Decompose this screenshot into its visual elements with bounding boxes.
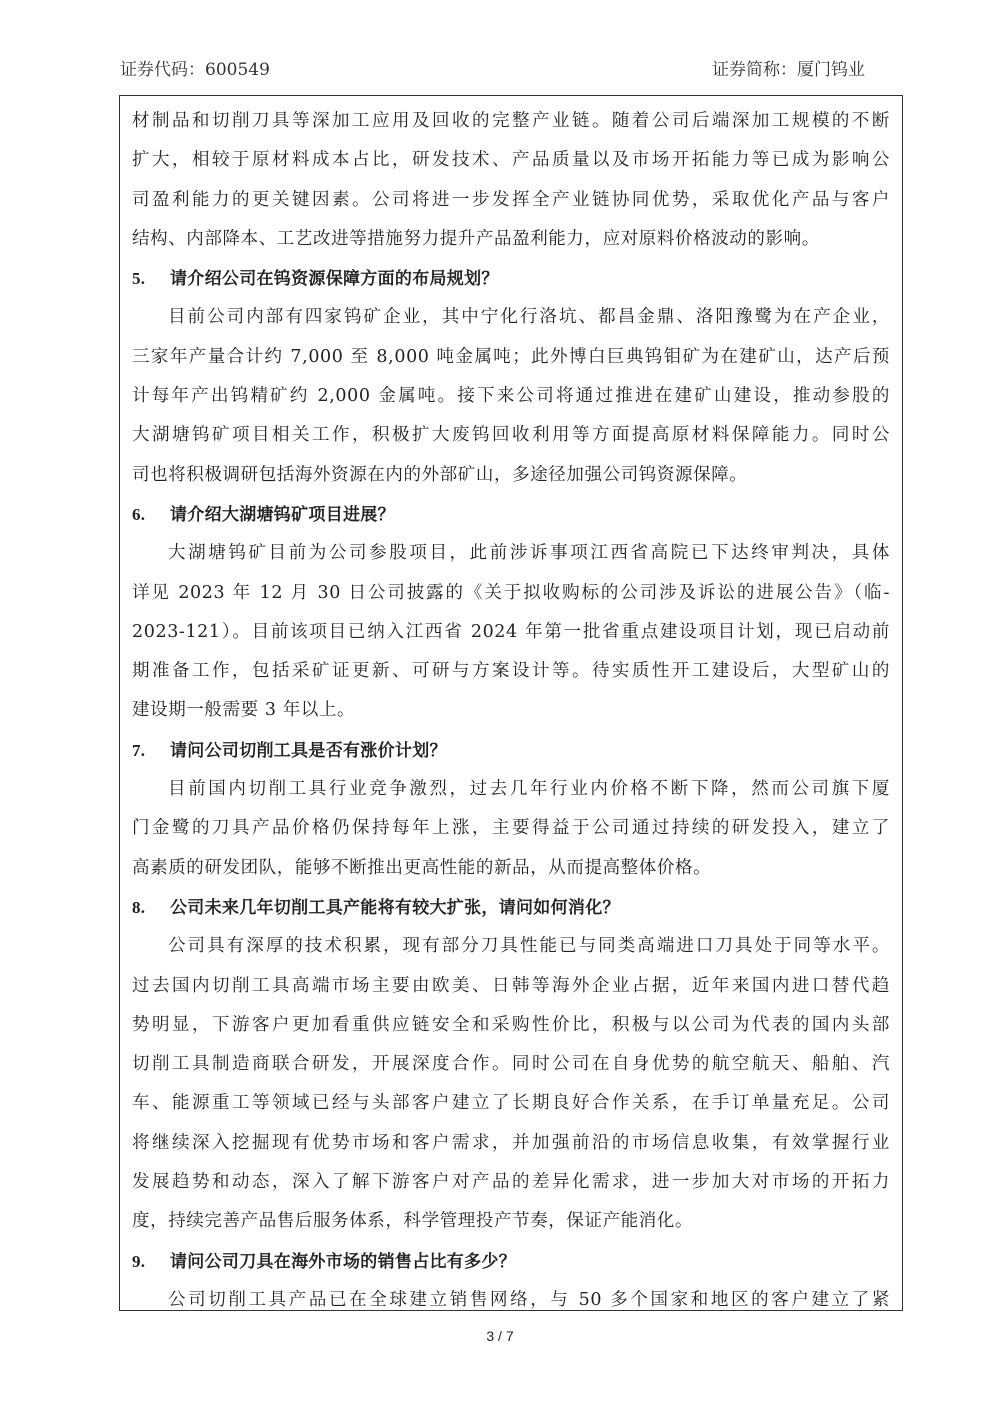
paragraph-line: 大湖塘钨矿目前为公司参股项目，此前涉诉事项江西省高院已下达终审判决，具体 — [132, 534, 890, 573]
answer-5-paragraph: 目前公司内部有四家钨矿企业，其中宁化行洛坑、都昌金鼎、洛阳豫鹭为在产企业， 三家… — [132, 298, 890, 494]
stock-name: 证券简称：厦门钨业 — [712, 55, 865, 80]
paragraph-line: 切削工具制造商联合研发，开展深度合作。同时公司在自身优势的航空航天、船舶、汽 — [132, 1045, 890, 1084]
paragraph-line: 详见 2023 年 12 月 30 日公司披露的《关于拟收购标的公司涉及诉讼的进… — [132, 574, 890, 613]
paragraph-line: 将继续深入挖掘现有优势市场和客户需求，并加强前沿的市场信息收集，有效掌握行业 — [132, 1124, 890, 1163]
paragraph-line: 发展趋势和动态，深入了解下游客户对产品的差异化需求，进一步加大对市场的开拓力 — [132, 1163, 890, 1202]
paragraph-line: 目前公司内部有四家钨矿企业，其中宁化行洛坑、都昌金鼎、洛阳豫鹭为在产企业， — [132, 298, 890, 337]
paragraph-line: 计每年产出钨精矿约 2,000 金属吨。接下来公司将通过推进在建矿山建设，推动参… — [132, 377, 890, 416]
page-header: 证券代码：600549 证券简称：厦门钨业 — [120, 55, 865, 85]
paragraph-line: 车、能源重工等领域已经与头部客户建立了长期良好合作关系，在手订单量充足。公司 — [132, 1084, 890, 1123]
question-5-heading: 5.请介绍公司在钨资源保障方面的布局规划？ — [132, 259, 890, 298]
paragraph-line: 三家年产量合计约 7,000 至 8,000 吨金属吨；此外博白巨典钨钼矿为在建… — [132, 338, 890, 377]
question-number: 9. — [132, 1242, 170, 1281]
paragraph-line: 结构、内部降本、工艺改进等措施努力提升产品盈利能力，应对原料价格波动的影响。 — [132, 220, 890, 259]
answer-7-paragraph: 目前国内切削工具行业竞争激烈，过去几年行业内价格不断下降，然而公司旗下厦 门金鹭… — [132, 770, 890, 888]
paragraph-line: 2023-121）。目前该项目已纳入江西省 2024 年第一批省重点建设项目计划… — [132, 613, 890, 652]
answer-8-paragraph: 公司具有深厚的技术积累，现有部分刀具性能已与同类高端进口刀具处于同等水平。 过去… — [132, 927, 890, 1241]
question-text: 请介绍大湖塘钨矿项目进展？ — [170, 505, 395, 525]
paragraph-line: 门金鹭的刀具产品价格仍保持每年上涨，主要得益于公司通过持续的研发投入，建立了 — [132, 809, 890, 848]
paragraph-line: 公司切削工具产品已在全球建立销售网络，与 50 多个国家和地区的客户建立了紧 — [132, 1281, 890, 1320]
question-6-heading: 6.请介绍大湖塘钨矿项目进展？ — [132, 495, 890, 534]
page-number: 3 / 7 — [0, 1328, 1000, 1344]
paragraph-line: 势明显，下游客户更加看重供应链安全和采购性价比，积极与以公司为代表的国内头部 — [132, 1006, 890, 1045]
question-9-heading: 9.请问公司刀具在海外市场的销售占比有多少？ — [132, 1242, 890, 1281]
question-number: 8. — [132, 888, 170, 927]
question-number: 7. — [132, 731, 170, 770]
paragraph-line: 材制品和切削刀具等深加工应用及回收的完整产业链。随着公司后端深加工规模的不断 — [132, 102, 890, 141]
qa-table-cell: 材制品和切削刀具等深加工应用及回收的完整产业链。随着公司后端深加工规模的不断 扩… — [119, 95, 903, 1311]
stock-code: 证券代码：600549 — [120, 55, 270, 80]
question-text: 公司未来几年切削工具产能将有较大扩张，请问如何消化？ — [170, 898, 620, 918]
paragraph-line: 过去国内切削工具高端市场主要由欧美、日韩等海外企业占据，近年来国内进口替代趋 — [132, 967, 890, 1006]
paragraph-line: 公司具有深厚的技术积累，现有部分刀具性能已与同类高端进口刀具处于同等水平。 — [132, 927, 890, 966]
question-number: 6. — [132, 495, 170, 534]
paragraph-line: 大湖塘钨矿项目相关工作，积极扩大废钨回收利用等方面提高原材料保障能力。同时公 — [132, 416, 890, 455]
paragraph-line: 度，持续完善产品售后服务体系，科学管理投产节奏，保证产能消化。 — [132, 1202, 890, 1241]
question-text: 请介绍公司在钨资源保障方面的布局规划？ — [170, 269, 499, 289]
question-7-heading: 7.请问公司切削工具是否有涨价计划？ — [132, 731, 890, 770]
paragraph-line: 高素质的研发团队，能够不断推出更高性能的新品，从而提高整体价格。 — [132, 849, 890, 888]
answer-9-paragraph: 公司切削工具产品已在全球建立销售网络，与 50 多个国家和地区的客户建立了紧 — [132, 1281, 890, 1320]
question-number: 5. — [132, 259, 170, 298]
paragraph-line: 建设期一般需要 3 年以上。 — [132, 691, 890, 730]
paragraph-line: 期准备工作，包括采矿证更新、可研与方案设计等。待实质性开工建设后，大型矿山的 — [132, 652, 890, 691]
paragraph-line: 目前国内切削工具行业竞争激烈，过去几年行业内价格不断下降，然而公司旗下厦 — [132, 770, 890, 809]
paragraph-line: 司也将积极调研包括海外资源在内的外部矿山，多途径加强公司钨资源保障。 — [132, 456, 890, 495]
question-8-heading: 8.公司未来几年切削工具产能将有较大扩张，请问如何消化？ — [132, 888, 890, 927]
paragraph-line: 司盈利能力的更关键因素。公司将进一步发挥全产业链协同优势，采取优化产品与客户 — [132, 181, 890, 220]
answer-6-paragraph: 大湖塘钨矿目前为公司参股项目，此前涉诉事项江西省高院已下达终审判决，具体 详见 … — [132, 534, 890, 730]
paragraph-line: 扩大，相较于原材料成本占比，研发技术、产品质量以及市场开拓能力等已成为影响公 — [132, 141, 890, 180]
question-text: 请问公司切削工具是否有涨价计划？ — [170, 741, 447, 761]
question-text: 请问公司刀具在海外市场的销售占比有多少？ — [170, 1252, 516, 1272]
intro-paragraph: 材制品和切削刀具等深加工应用及回收的完整产业链。随着公司后端深加工规模的不断 扩… — [132, 102, 890, 259]
